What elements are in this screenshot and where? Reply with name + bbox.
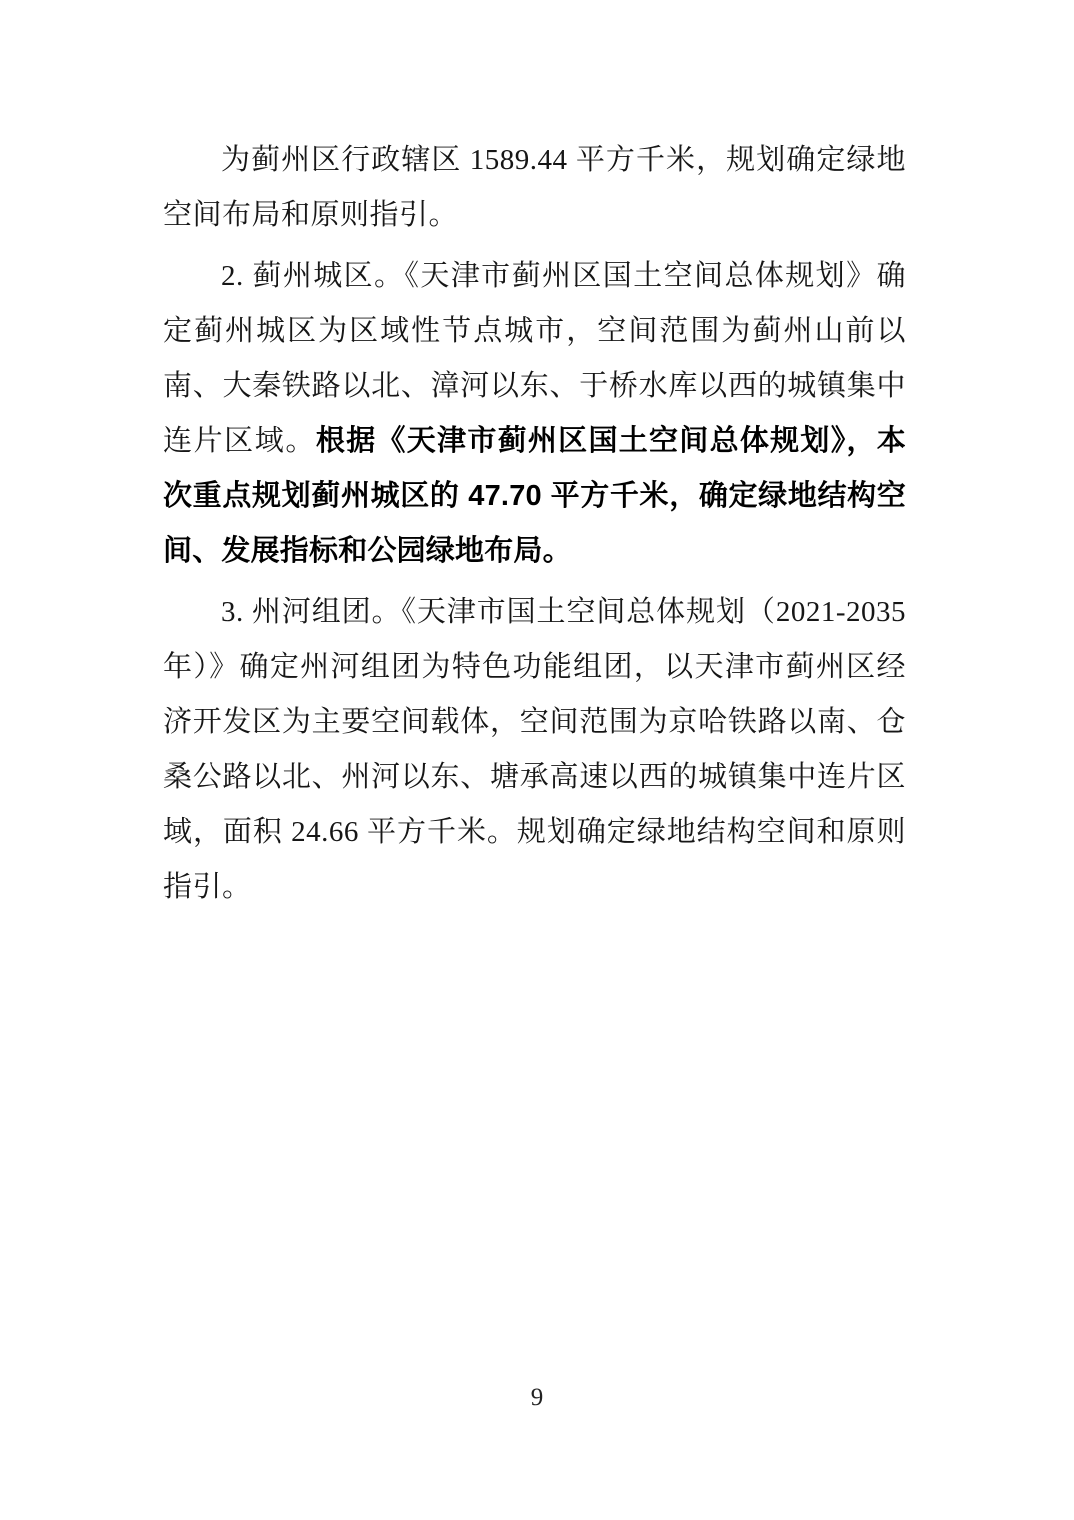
text-run: 3. 州河组团。《天津市国土空间总体规划（2021-2035 年）》确定州河组团…: [163, 596, 906, 903]
text-run: 为蓟州区行政辖区 1589.44 平方千米，规划确定绿地空间布局和原则指引。: [163, 144, 906, 231]
paragraph: 2. 蓟州城区。《天津市蓟州区国土空间总体规划》确定蓟州城区为区域性节点城市，空…: [163, 249, 906, 579]
paragraph: 3. 州河组团。《天津市国土空间总体规划（2021-2035 年）》确定州河组团…: [163, 585, 906, 915]
page-number: 9: [0, 1383, 1074, 1413]
paragraph: 为蓟州区行政辖区 1589.44 平方千米，规划确定绿地空间布局和原则指引。: [163, 133, 906, 243]
document-page: 为蓟州区行政辖区 1589.44 平方千米，规划确定绿地空间布局和原则指引。2.…: [0, 0, 1074, 1520]
document-body: 为蓟州区行政辖区 1589.44 平方千米，规划确定绿地空间布局和原则指引。2.…: [163, 133, 906, 915]
